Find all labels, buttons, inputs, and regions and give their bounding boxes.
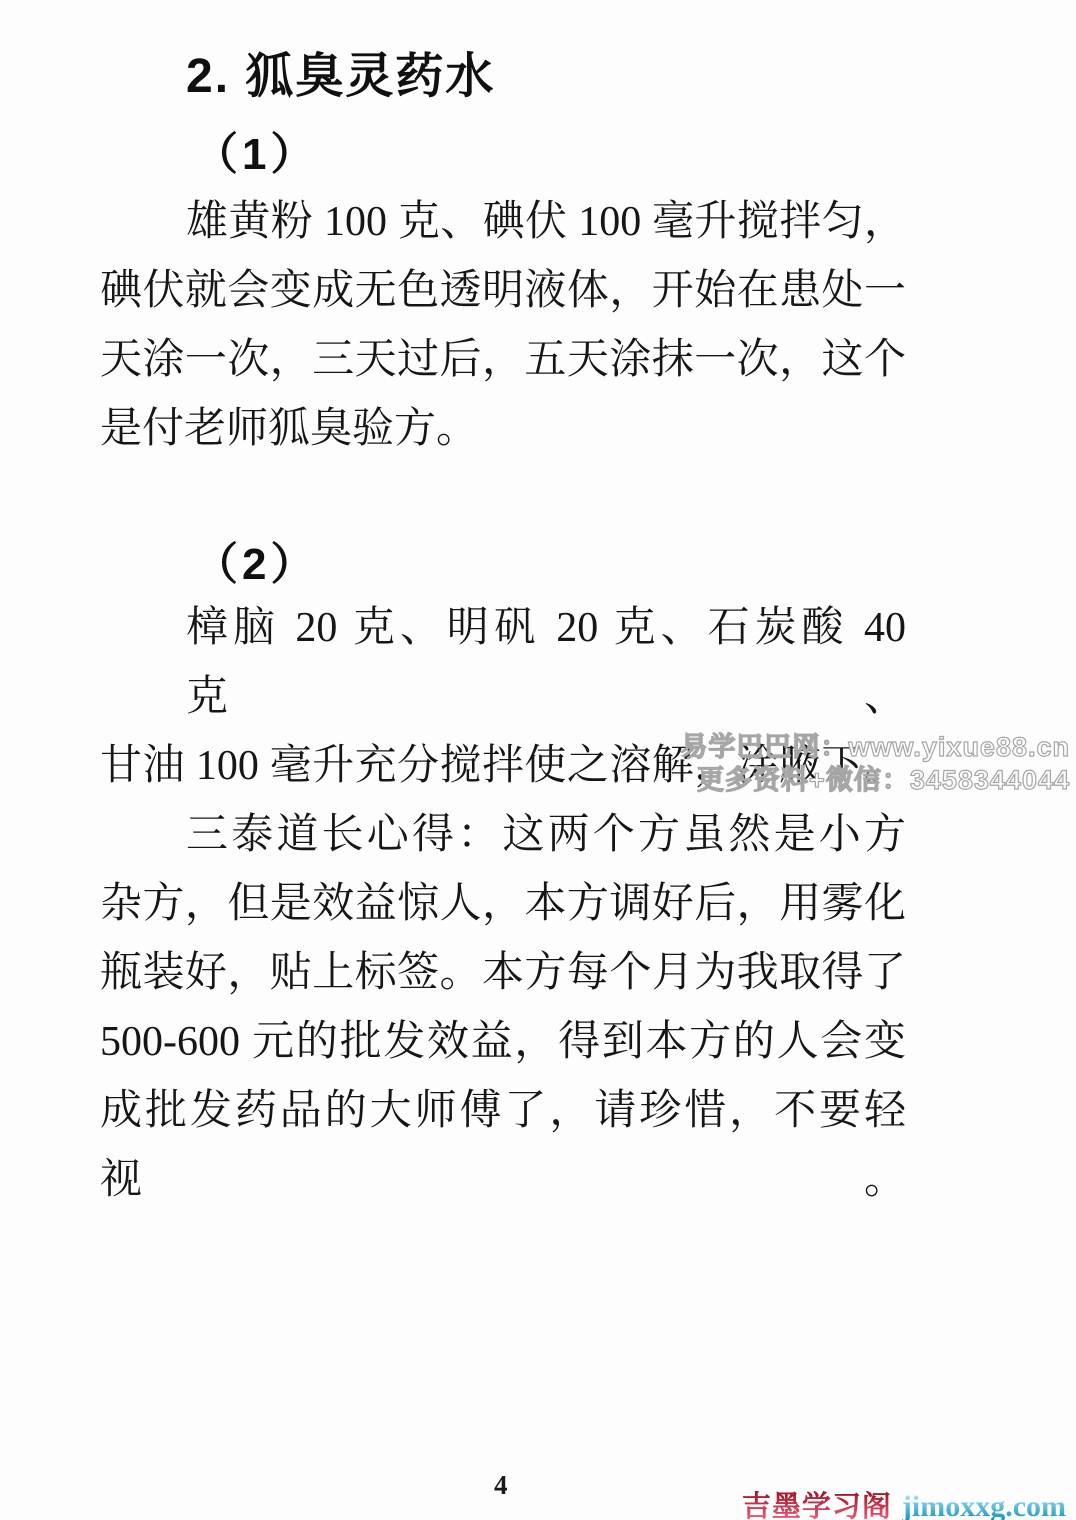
subsection-label-1: （1） [194,130,1076,180]
paragraph-section-2: 樟脑 20 克、明矾 20 克、石炭酸 40 克、 甘油 100 毫升充分搅拌使… [0,594,1076,1215]
text-line: 成批发药品的大师傅了，请珍惜，不要轻视。 [100,1077,906,1215]
text-line: 三泰道长心得：这两个方虽然是小方 [100,801,906,870]
text-line: 瓶装好，贴上标签。本方每个月为我取得了 [100,939,906,1008]
site-watermark: 易学巴巴网：www.yixue88.cn 更多资料+微信：3458344044 [680,731,1070,797]
footer-brand-name: 吉墨学习阁 [742,1491,892,1520]
text-line: 天涂一次，三天过后，五天涂抹一次，这个 [100,326,906,395]
chapter-title: 2. 狐臭灵药水 [186,52,1076,102]
paragraph-section-1: 雄黄粉 100 克、碘伏 100 毫升搅拌匀， 碘伏就会变成无色透明液体，开始在… [0,188,1076,464]
text-line: 杂方，但是效益惊人，本方调好后，用雾化 [100,870,906,939]
text-line: 500-600 元的批发效益，得到本方的人会变 [100,1008,906,1077]
footer-site-url: jimoxxg.com [902,1490,1066,1520]
text-line: 是付老师狐臭验方。 [100,395,906,464]
subsection-label-2: （2） [194,540,1076,590]
text-line: 雄黄粉 100 克、碘伏 100 毫升搅拌匀， [100,188,906,257]
watermark-wechat-line: 更多资料+微信：3458344044 [680,764,1070,797]
text-line: 樟脑 20 克、明矾 20 克、石炭酸 40 克、 [100,594,906,732]
document-page: 2. 狐臭灵药水 （1） 雄黄粉 100 克、碘伏 100 毫升搅拌匀， 碘伏就… [0,0,1076,1520]
watermark-site-line: 易学巴巴网：www.yixue88.cn [680,731,1070,764]
text-line: 碘伏就会变成无色透明液体，开始在患处一 [100,257,906,326]
page-number: 4 [494,1470,508,1501]
footer-branding: 吉墨学习阁jimoxxg.com [742,1484,1066,1520]
